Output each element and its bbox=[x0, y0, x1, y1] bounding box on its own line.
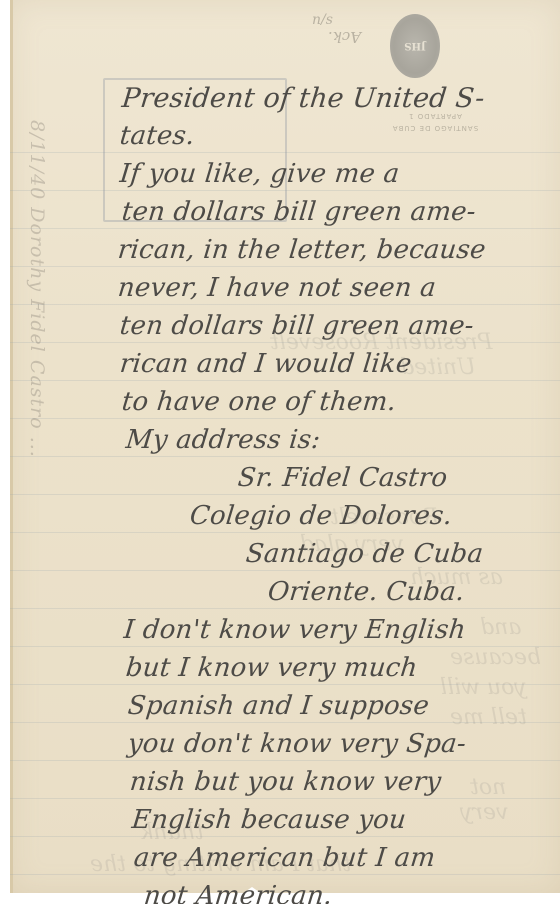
letter-line: you don't know very Spa- bbox=[127, 731, 468, 757]
address-school: Colegio de Dolores. bbox=[189, 503, 454, 529]
bleed-through-text: tell me bbox=[450, 705, 527, 730]
bleed-through-text: not bbox=[470, 775, 506, 800]
address-province: Oriente. Cuba. bbox=[267, 579, 466, 605]
jhs-seal-icon: JHS bbox=[390, 14, 440, 78]
ruled-line bbox=[10, 608, 560, 609]
letter-line: nish but you know very bbox=[129, 769, 443, 795]
ruled-line bbox=[10, 494, 560, 495]
ruled-line bbox=[10, 418, 560, 419]
bleed-through-text: and bbox=[480, 615, 521, 640]
ruled-line bbox=[10, 380, 560, 381]
letter-line: to have one of them. bbox=[121, 389, 398, 415]
letter-line: not American. bbox=[143, 883, 334, 904]
ruled-line bbox=[10, 532, 560, 533]
letter-line: I don't know very English bbox=[123, 617, 467, 643]
letter-line: rican and I would like bbox=[119, 351, 413, 377]
letter-line: ten dollars bill green ame- bbox=[121, 199, 477, 225]
bleed-through-text: very bbox=[460, 800, 508, 825]
ruled-line bbox=[10, 760, 560, 761]
ruled-line bbox=[10, 228, 560, 229]
letter-line: English because you bbox=[131, 807, 408, 833]
margin-pencil-note: 8/11/40 Dorothy Fidel Castro ... bbox=[26, 120, 48, 458]
pencil-note-fraction: n/s bbox=[312, 12, 333, 28]
ruled-line bbox=[10, 304, 560, 305]
letter-line: tates. bbox=[119, 123, 196, 149]
ruled-line bbox=[10, 836, 560, 837]
address-name: Sr. Fidel Castro bbox=[237, 465, 449, 491]
address-city: Santiago de Cuba bbox=[245, 541, 485, 567]
letterhead-line-2: SANTIAGO DE CUBA bbox=[360, 124, 510, 132]
bleed-through-text: because bbox=[450, 645, 541, 670]
ruled-line bbox=[10, 456, 560, 457]
letter-line: never, I have not seen a bbox=[117, 275, 438, 301]
letter-line: My address is: bbox=[125, 427, 322, 453]
pencil-note-ack: Ack. bbox=[328, 28, 361, 46]
letter-line: Spanish and I suppose bbox=[127, 693, 431, 719]
bleed-through-text: you will bbox=[440, 675, 527, 700]
ruled-line bbox=[10, 266, 560, 267]
letter-line: ten dollars bill green ame- bbox=[119, 313, 475, 339]
letter-line: but I know very much bbox=[125, 655, 419, 681]
letter-line: If you like, give me a bbox=[119, 161, 401, 187]
letter-line: are American but I am bbox=[133, 845, 437, 871]
letter-line: rican, in the letter, because bbox=[117, 237, 487, 263]
letter-line: President of the United S- bbox=[121, 85, 486, 112]
seal-text: JHS bbox=[404, 41, 425, 52]
